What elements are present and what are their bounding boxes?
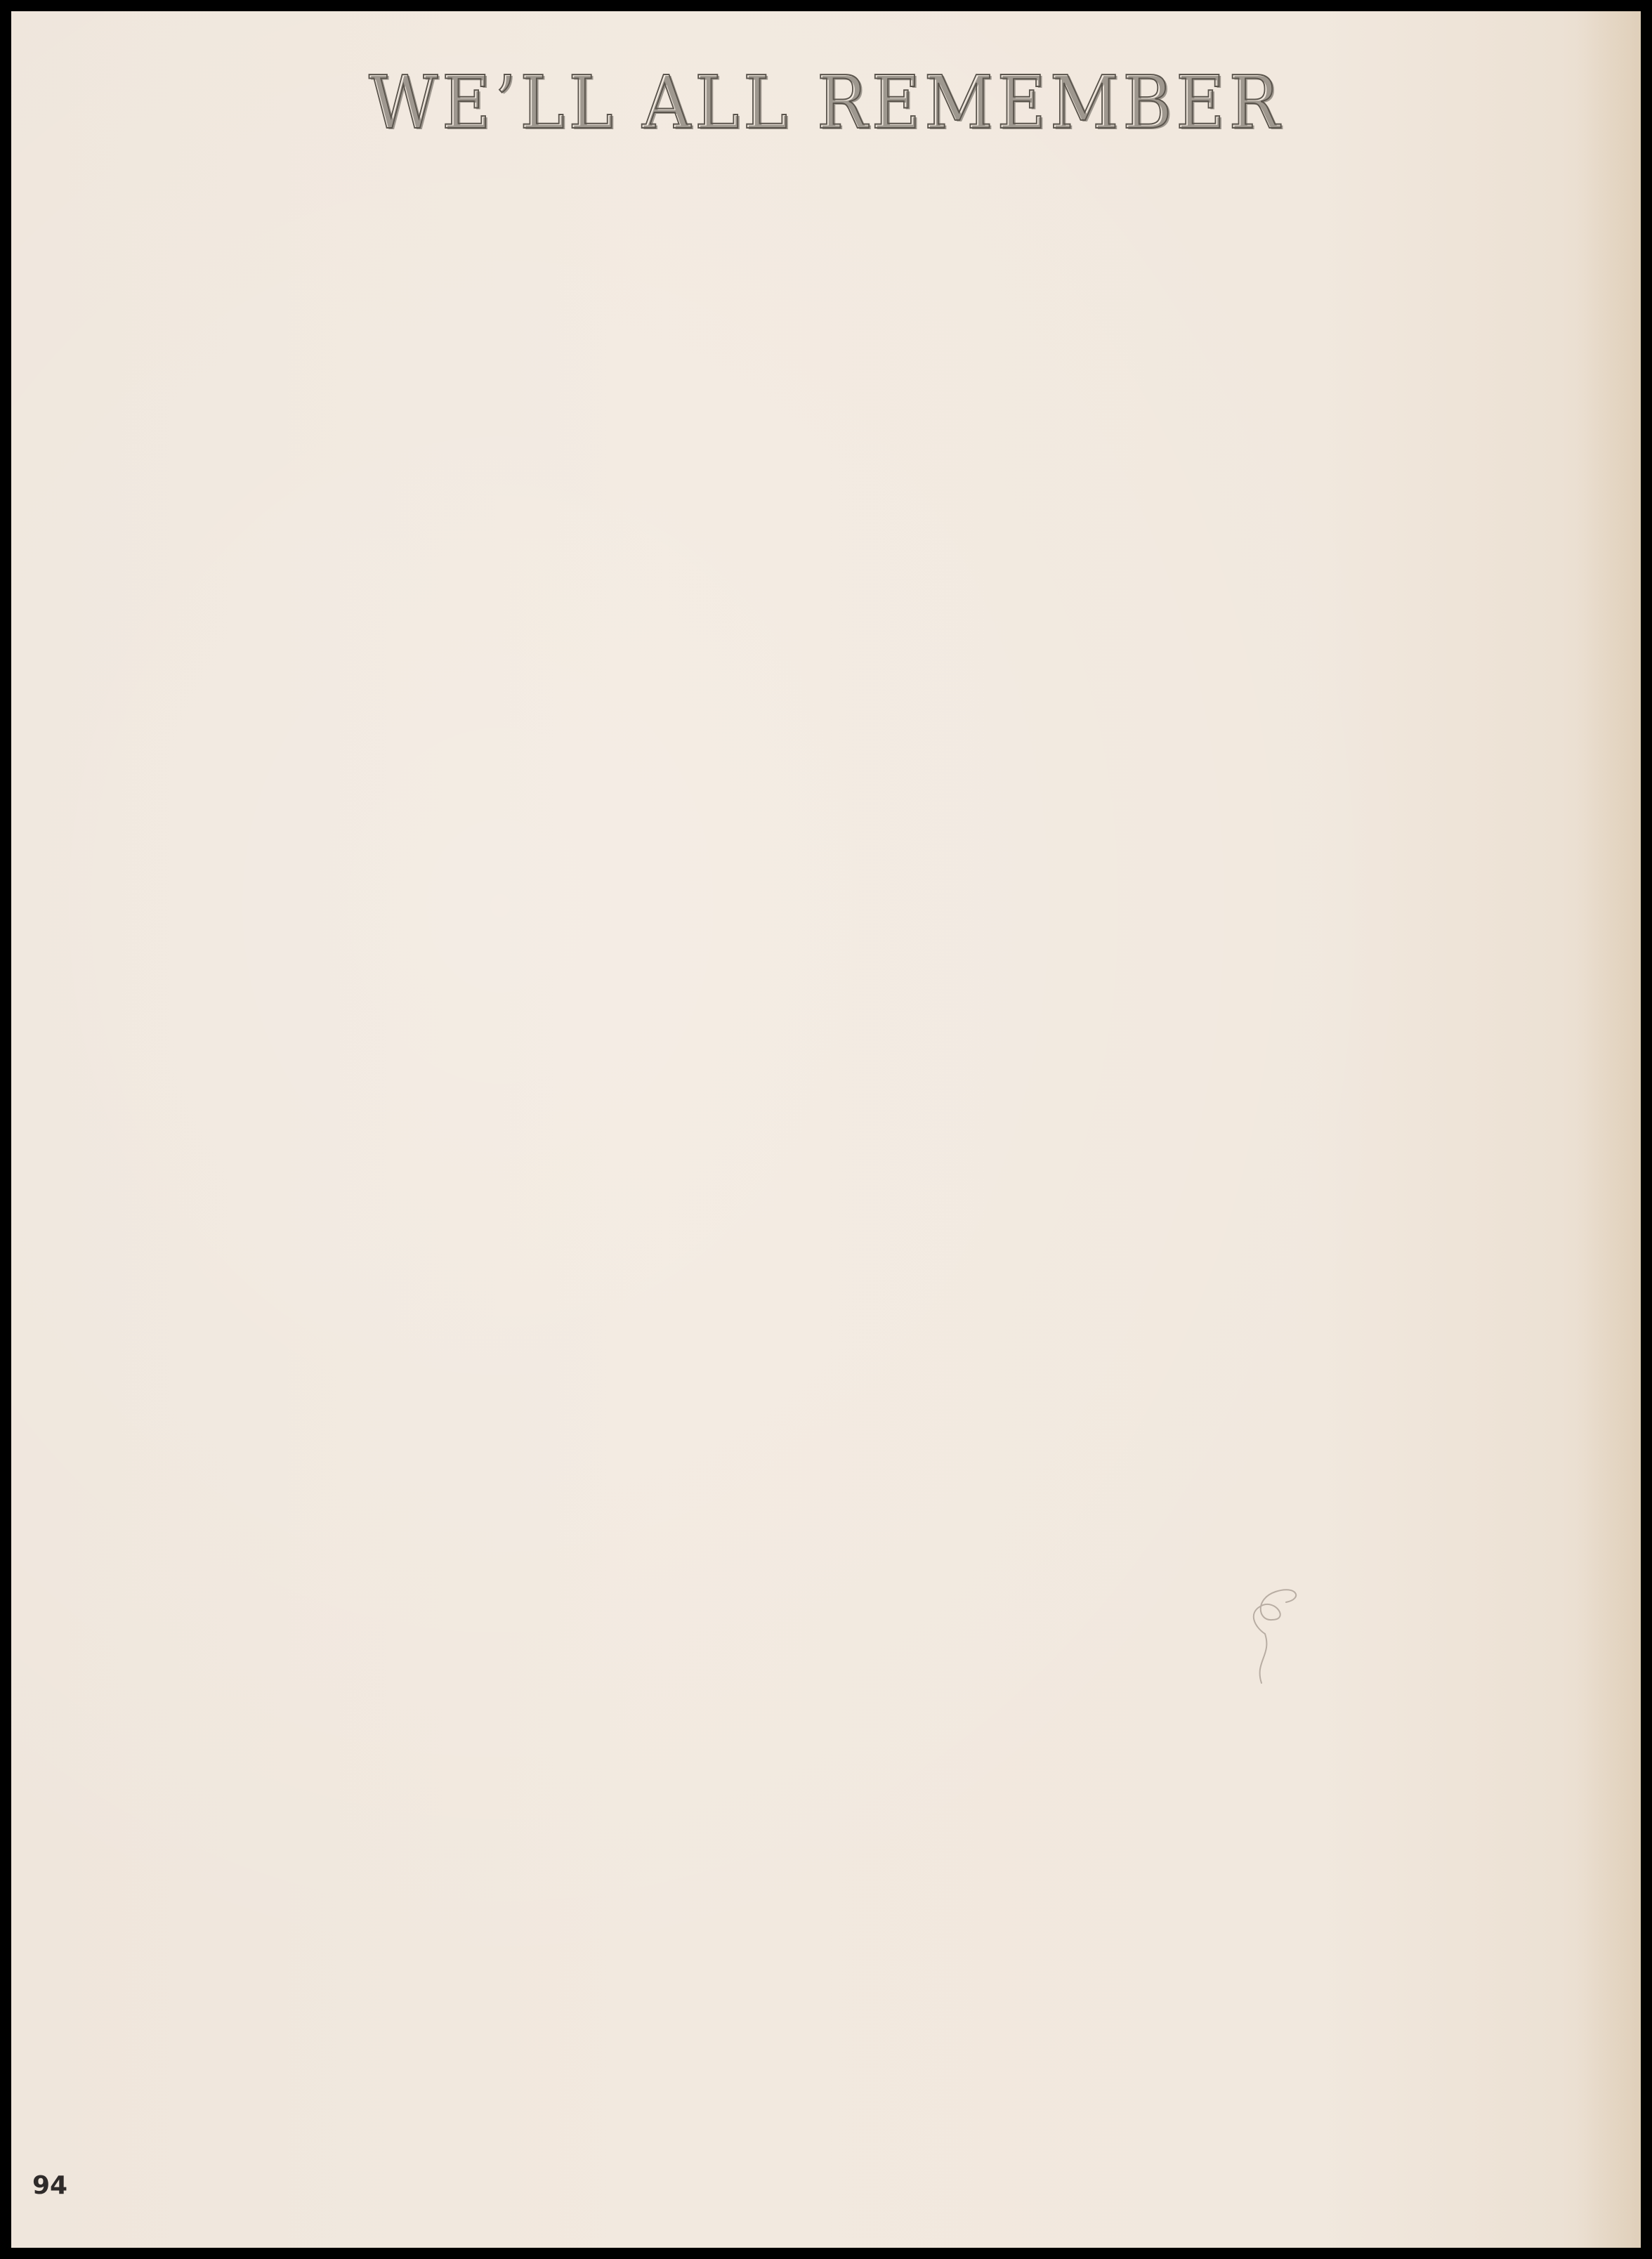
page-title: WE’LL ALL REMEMBER (77, 66, 1575, 139)
yearbook-page: WE’LL ALL REMEMBER 94 (11, 11, 1641, 2248)
page-number: 94 (32, 2171, 67, 2200)
stray-hair-mark (1233, 1578, 1318, 1690)
